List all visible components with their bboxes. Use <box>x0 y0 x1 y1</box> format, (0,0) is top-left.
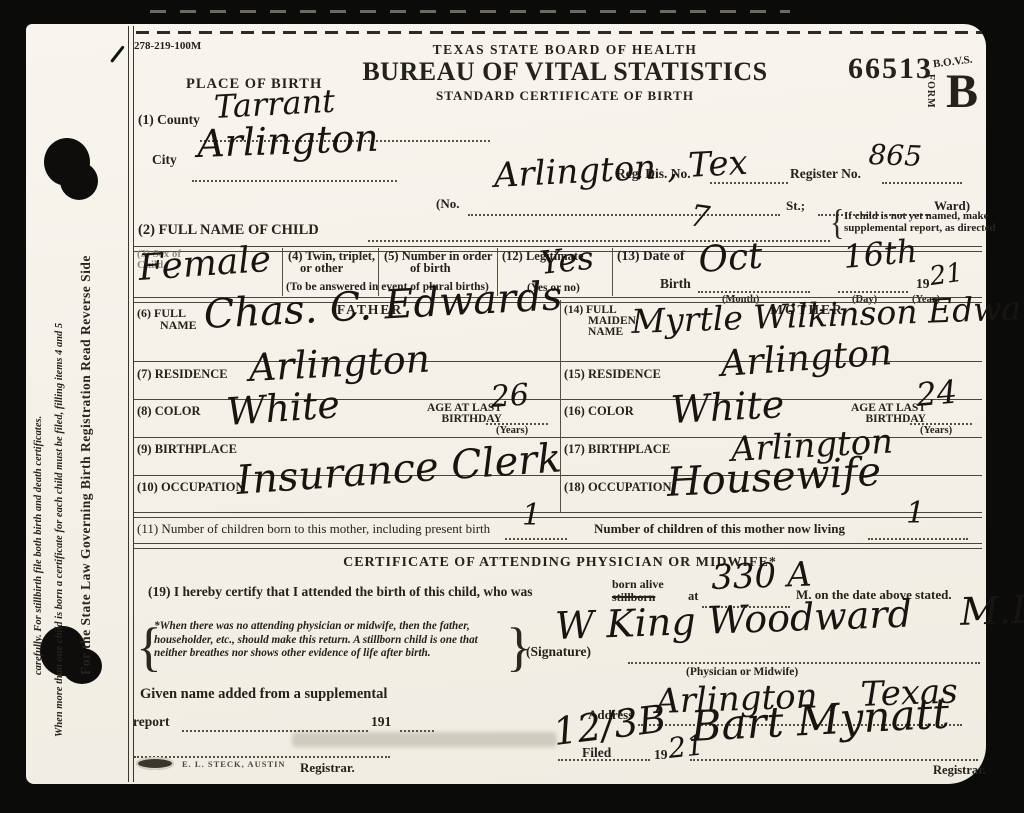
children-born-line <box>505 538 567 540</box>
register-line <box>882 182 962 184</box>
twin-label-2: or other <box>300 261 343 276</box>
father-name-label-2: NAME <box>160 318 197 333</box>
mother-color-value: White <box>670 382 786 432</box>
street-no-label: (No. <box>436 196 459 212</box>
bovs-form-label: FORM <box>925 74 936 109</box>
scan-smudge <box>292 732 557 747</box>
city-line <box>192 180 397 182</box>
mother-occupation-label: (18) OCCUPATION <box>564 480 672 495</box>
registrar-signature-line <box>690 759 978 761</box>
registrar-left-line <box>134 756 390 758</box>
month-line <box>698 291 810 293</box>
report-year-printed: 191 <box>371 714 391 730</box>
rule-under-occupation <box>134 512 982 518</box>
bovs-letter-b: B <box>946 64 978 119</box>
filed-date-line <box>558 759 650 761</box>
printer-stamp-text: E. L. STECK, AUSTIN <box>182 759 286 769</box>
header-bureau: BUREAU OF VITAL STATISTICS <box>330 57 800 87</box>
header-certificate-title: STANDARD CERTIFICATE OF BIRTH <box>330 88 800 104</box>
father-color-value: White <box>225 382 341 434</box>
register-value: 865 <box>868 138 923 173</box>
mother-age-value: 24 <box>915 373 959 414</box>
father-age-value: 26 <box>490 377 531 415</box>
footnote-text: *When there was no attending physician o… <box>154 620 508 661</box>
father-occupation-label: (10) OCCUPATION <box>137 480 245 495</box>
margin-instruction-1: When more than one child is born a certi… <box>54 250 65 810</box>
certify-statement: (19) I hereby certify that I attended th… <box>148 584 533 600</box>
day-value: 16th <box>842 232 919 276</box>
father-color-label: (8) COLOR <box>137 404 201 419</box>
registrar-left-label: Registrar. <box>300 760 355 776</box>
st-label: St.; <box>786 198 805 214</box>
year-value: 21 <box>928 258 965 292</box>
children-living-line <box>868 538 968 540</box>
children-living-value: 1 <box>906 496 925 531</box>
signature-line <box>628 662 980 664</box>
father-birthplace-label: (9) BIRTHPLACE <box>137 442 237 457</box>
birth-label: Birth <box>660 276 691 292</box>
header-board: TEXAS STATE BOARD OF HEALTH <box>330 42 800 58</box>
city-value: Arlington <box>196 116 379 166</box>
order-label-2: of birth <box>410 261 451 276</box>
register-label: Register No. <box>790 166 861 182</box>
supplemental-name-line: Given name added from a supplemental <box>140 686 387 703</box>
scanned-birth-certificate: For the State Law Governing Birth Regist… <box>0 0 1024 813</box>
children-living-label: Number of children of this mother now li… <box>594 521 845 537</box>
scan-edge-artifact <box>150 10 790 13</box>
form-left-border <box>128 26 134 782</box>
children-born-value: 1 <box>522 498 541 533</box>
rule-under-counts <box>134 543 982 549</box>
date-of-label: (13) Date of <box>617 248 684 264</box>
county-label: (1) County <box>138 112 200 128</box>
mother-birthplace-label: (17) BIRTHPLACE <box>564 442 670 457</box>
form-top-border <box>136 31 982 34</box>
margin-law-notice: For the State Law Governing Birth Regist… <box>78 140 94 790</box>
form-code: 278-219-100M <box>134 40 201 52</box>
year-printed: 19 <box>916 276 930 292</box>
filed-year-printed: 19 <box>654 747 668 763</box>
mother-residence-label: (15) RESIDENCE <box>564 367 661 382</box>
father-residence-label: (7) RESIDENCE <box>137 367 228 382</box>
father-age-sub: (Years) <box>496 425 528 436</box>
mother-age-sub: (Years) <box>920 425 952 436</box>
unnamed-child-note-1: If child is not yet named, make <box>844 210 989 222</box>
city-label: City <box>152 152 177 168</box>
month-value: Oct <box>697 236 764 281</box>
printer-logo-icon <box>136 757 174 770</box>
mother-color-label: (16) COLOR <box>564 404 634 419</box>
margin-instruction-2: carefully. For stillbirth file both birt… <box>33 330 44 760</box>
street-line <box>468 214 780 216</box>
unnamed-child-note-2: supplemental report, as directed <box>844 222 996 234</box>
certificate-number: 66513 <box>848 52 933 86</box>
fullname-label: (2) FULL NAME OF CHILD <box>138 222 319 239</box>
col-divider-4 <box>612 248 613 296</box>
children-born-label: (11) Number of children born to this mot… <box>137 521 490 537</box>
registrar-right-label: Registrar. <box>933 763 986 778</box>
report-label: report <box>133 714 170 730</box>
mother-name-label-3: NAME <box>588 326 623 338</box>
signature-sub: (Physician or Midwife) <box>686 666 798 678</box>
